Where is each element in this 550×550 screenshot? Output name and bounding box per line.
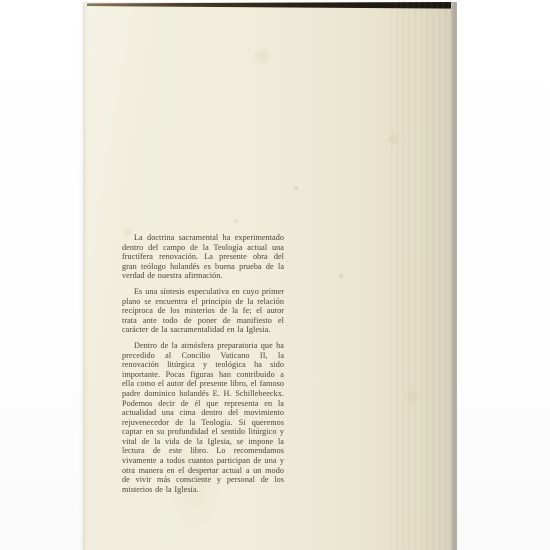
blurb-paragraph-3: Dentro de la atmósfera preparatoria que … bbox=[122, 341, 284, 495]
page-left-edge-shadow bbox=[83, 2, 88, 550]
blurb-paragraph-2: Es una síntesis especulativa en cuyo pri… bbox=[122, 287, 284, 335]
page-right-edge-shadow bbox=[451, 2, 457, 550]
blurb-paragraph-1: La doctrina sacramental ha experimentado… bbox=[122, 233, 284, 281]
page-top-edge bbox=[87, 2, 457, 9]
book-page: La doctrina sacramental ha experimentado… bbox=[83, 2, 457, 550]
blurb-text-block: La doctrina sacramental ha experimentado… bbox=[122, 233, 284, 500]
